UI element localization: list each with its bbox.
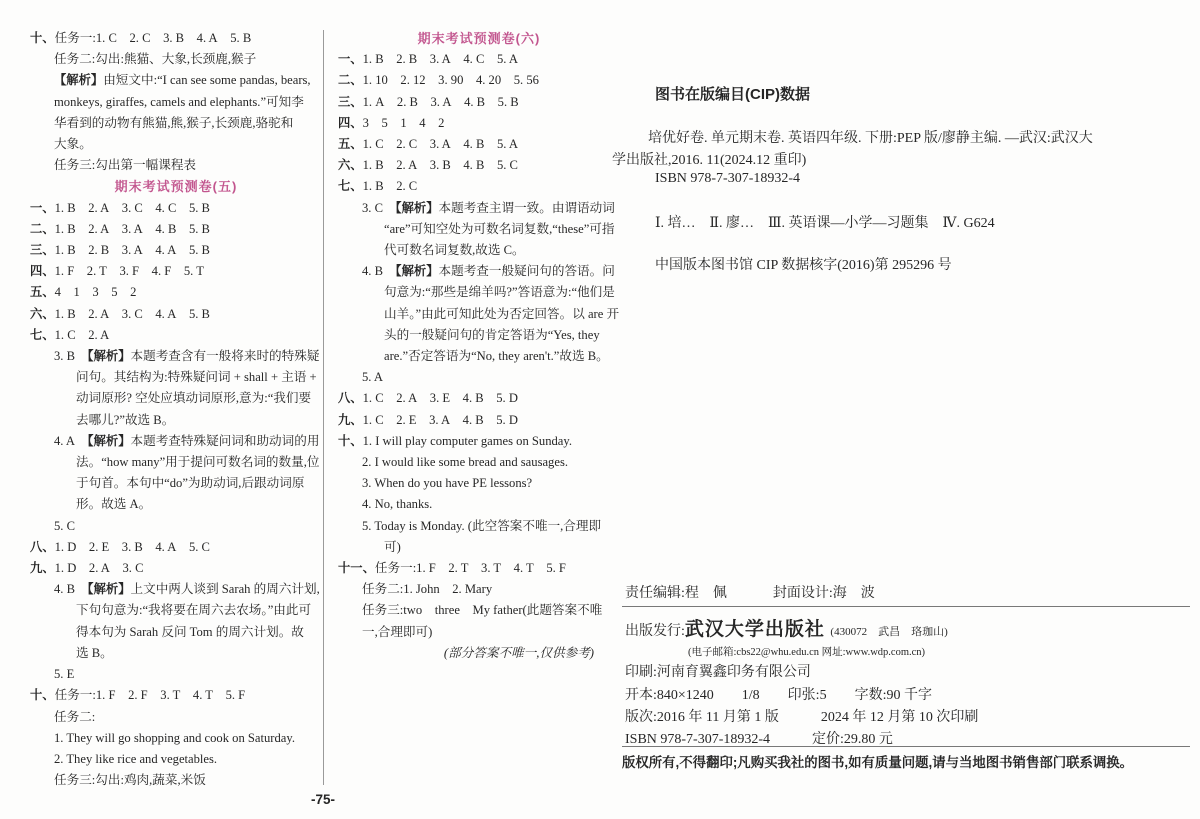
cip-title: 图书在版编目(CIP)数据 [655,83,810,104]
answer-line: 十、任务一:1. C 2. C 3. B 4. A 5. B [30,28,322,49]
colophon-divider-bottom [622,746,1190,747]
answer-line: monkeys, giraffes, camels and elephants.… [30,92,322,113]
section-header: 期末考试预测卷(五) [30,176,322,197]
colophon-divider-top [622,606,1190,607]
printer-line: 印刷:河南育翼鑫印务有限公司 [625,661,811,681]
answer-line: 十、任务一:1. F 2. F 3. T 4. T 5. F [30,685,322,706]
answer-line: 十、1. I will play computer games on Sunda… [338,431,620,452]
answer-line: 3. When do you have PE lessons? [338,473,620,494]
answer-line: 5. Today is Monday. (此空答案不唯一,合理即 [338,516,620,537]
answer-line: 四、1. F 2. T 3. F 4. F 5. T [30,261,322,282]
cip-description-line2: 学出版社,2016. 11(2024.12 重印) [612,149,806,169]
answer-line: 二、1. 10 2. 12 3. 90 4. 20 5. 56 [338,70,620,91]
answer-line: (部分答案不唯一,仅供参考) [338,643,620,664]
answer-line: “are”可知空处为可数名词复数,“these”可指 [338,219,620,240]
answer-line: 4. B 【解析】本题考查一般疑问句的答语。问 [338,261,620,282]
section-header: 期末考试预测卷(六) [338,28,620,49]
answer-line: 形。故选 A。 [30,494,322,515]
cip-isbn: ISBN 978-7-307-18932-4 [655,171,800,187]
answer-line: 五、4 1 3 5 2 [30,282,322,303]
answer-line: 句意为:“那些是绵羊吗?”答语意为:“他们是 [338,282,620,303]
answer-line: 法。“how many”用于提问可数名词的数量,位 [30,452,322,473]
responsible-editor: 责任编辑:程 佩 [625,586,727,601]
answer-line: 一,合理即可) [338,622,620,643]
answer-line: 八、1. C 2. A 3. E 4. B 5. D [338,388,620,409]
answer-line: 九、1. D 2. A 3. C [30,558,322,579]
answer-line: 5. C [30,516,322,537]
answer-line: 一、1. B 2. B 3. A 4. C 5. A [338,49,620,70]
answer-line: 三、1. B 2. B 3. A 4. A 5. B [30,240,322,261]
answer-line: 七、1. C 2. A [30,325,322,346]
publisher-label: 出版发行: [625,624,685,639]
cip-page: 图书在版编目(CIP)数据 培优好卷. 单元期末卷. 英语四年级. 下册:PEP… [610,0,1200,819]
answer-line: 八、1. D 2. E 3. B 4. A 5. C [30,537,322,558]
publisher-row: 出版发行:武汉大学出版社 (430072 武昌 珞珈山) [625,614,948,641]
answer-line: 可) [338,537,620,558]
answer-line: 【解析】由短文中:“I can see some pandas, bears, [30,70,322,91]
edition-line: 版次:2016 年 11 月第 1 版 2024 年 12 月第 10 次印刷 [625,706,978,726]
format-line: 开本:840×1240 1/8 印张:5 字数:90 千字 [625,684,932,704]
answer-line: 3. C 【解析】本题考查主谓一致。由谓语动词 [338,198,620,219]
editors-row: 责任编辑:程 佩封面设计:海 波 [625,582,875,602]
answer-line: 任务二:1. John 2. Mary [338,579,620,600]
answer-line: 六、1. B 2. A 3. C 4. A 5. B [30,304,322,325]
publisher-contact: (电子邮箱:cbs22@whu.edu.cn 网址:www.wdp.com.cn… [688,644,925,659]
cip-registry-number: 中国版本图书馆 CIP 数据核字(2016)第 295296 号 [655,254,952,274]
cip-description-line1: 培优好卷. 单元期末卷. 英语四年级. 下册:PEP 版/廖静主编. —武汉:武… [648,127,1093,147]
answer-line: 任务三:two three My father(此题答案不唯 [338,600,620,621]
answer-line: 任务三:勾出:鸡肉,蔬菜,米饭 [30,770,322,791]
answer-line: 得本句为 Sarah 反问 Tom 的周六计划。故 [30,622,322,643]
answer-line: 下句句意为:“我将要在周六去农场。”由此可 [30,600,322,621]
answer-line: 任务二: [30,707,322,728]
answer-line: 五、1. C 2. C 3. A 4. B 5. A [338,134,620,155]
answer-line: 一、1. B 2. A 3. C 4. C 5. B [30,198,322,219]
isbn-price-line: ISBN 978-7-307-18932-4 定价:29.80 元 [625,728,893,748]
answer-line: 1. They will go shopping and cook on Sat… [30,728,322,749]
document-scan: 十、任务一:1. C 2. C 3. B 4. A 5. B任务二:勾出:熊猫、… [0,0,1200,819]
answer-line: 去哪儿?”故选 B。 [30,410,322,431]
publisher-address: (430072 武昌 珞珈山) [825,626,948,638]
answer-line: 大象。 [30,134,322,155]
answer-line: 5. E [30,664,322,685]
answer-line: 于句首。本句中“do”为助动词,后跟动词原 [30,473,322,494]
answer-line: 4. No, thanks. [338,494,620,515]
answer-line: 4. A 【解析】本题考查特殊疑问词和助动词的用 [30,431,322,452]
answer-line: 九、1. C 2. E 3. A 4. B 5. D [338,410,620,431]
answer-column-left: 十、任务一:1. C 2. C 3. B 4. A 5. B任务二:勾出:熊猫、… [30,28,322,791]
answer-column-right: 期末考试预测卷(六)一、1. B 2. B 3. A 4. C 5. A二、1.… [338,28,620,664]
answer-line: 山羊。”由此可知此处为否定回答。以 are 开 [338,304,620,325]
publisher-name: 武汉大学出版社 [685,619,825,640]
answer-line: 任务二:勾出:熊猫、大象,长颈鹿,猴子 [30,49,322,70]
answer-line: 头的一般疑问句的肯定答语为“Yes, they [338,325,620,346]
answer-line: 四、3 5 1 4 2 [338,113,620,134]
answer-line: 二、1. B 2. A 3. A 4. B 5. B [30,219,322,240]
answer-line: 问句。其结构为:特殊疑问词 + shall + 主语 + [30,367,322,388]
answer-line: 动词原形? 空处应填动词原形,意为:“我们要 [30,388,322,409]
answer-line: 4. B 【解析】上文中两人谈到 Sarah 的周六计划, [30,579,322,600]
answer-line: 代可数名词复数,故选 C。 [338,240,620,261]
answer-line: 选 B。 [30,643,322,664]
answer-line: 七、1. B 2. C [338,176,620,197]
page-number: -75- [288,792,358,807]
answer-line: 2. They like rice and vegetables. [30,749,322,770]
answer-line: 3. B 【解析】本题考查含有一般将来时的特殊疑 [30,346,322,367]
answer-line: 六、1. B 2. A 3. B 4. B 5. C [338,155,620,176]
cip-classification: Ⅰ. 培… Ⅱ. 廖… Ⅲ. 英语课—小学—习题集 Ⅳ. G624 [655,212,995,232]
answer-line: are.”否定答语为“No, they aren't.”故选 B。 [338,346,620,367]
answer-line: 十一、任务一:1. F 2. T 3. T 4. T 5. F [338,558,620,579]
copyright-notice: 版权所有,不得翻印;凡购买我社的图书,如有质量问题,请与当地图书销售部门联系调换… [622,752,1196,771]
answer-line: 2. I would like some bread and sausages. [338,452,620,473]
answer-line: 三、1. A 2. B 3. A 4. B 5. B [338,92,620,113]
answer-line: 任务三:勾出第一幅课程表 [30,155,322,176]
answer-line: 华看到的动物有熊猫,熊,猴子,长颈鹿,骆驼和 [30,113,322,134]
answer-line: 5. A [338,367,620,388]
cover-designer: 封面设计:海 波 [773,586,875,601]
column-divider [323,30,324,785]
